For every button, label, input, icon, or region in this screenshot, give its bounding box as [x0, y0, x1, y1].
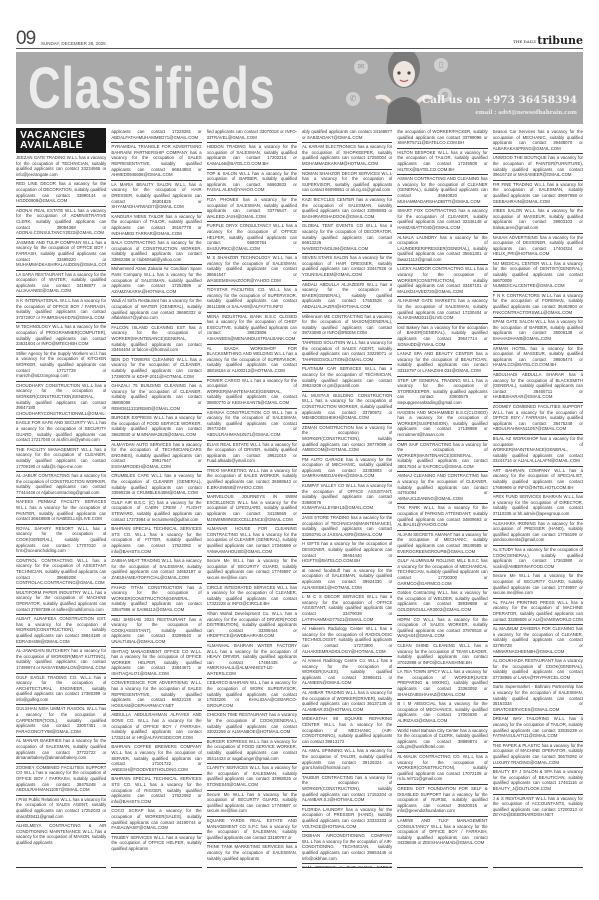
classified-ad: GULF ALUMINIUM ROLLING MILL B.S.C has a … — [397, 556, 487, 588]
classified-ad: ZOOMEY COMBINED FACILITIES SUPPORT W.L.L… — [493, 402, 583, 434]
classified-ad: LA SARA RESTAURANT has a vacancy for the… — [16, 270, 106, 296]
classified-ad: MARVELOUS JOURNEYS IN SWIM EXCELLENCE W.… — [207, 492, 297, 524]
classified-ad: SEVEN STARS SALON has a vacancy for the … — [302, 253, 392, 279]
phone-icon: ✆ — [346, 92, 360, 106]
classified-ad: fied applicants can contact 33070018 or … — [207, 128, 297, 142]
classified-ad: ZEMAN CONSTRUCTION has a vacancy for the… — [302, 423, 392, 455]
classified-ad: Secure Me W.L.L has a vacancy for the oc… — [493, 571, 583, 597]
classified-ad: CHICKEN TIME RESTAURANT has a vacancy fo… — [207, 710, 297, 736]
classified-ad: BAHRAIN COFFEE BREWERS COMPANY W.L.L has… — [111, 742, 201, 774]
classified-ad: DREAM WAY TAILORING W.L.L has a vacancy … — [493, 714, 583, 740]
classified-ad: AL AMBAR TRADING W.L.L has a vacancy for… — [302, 688, 392, 714]
classified-ad: GULSHAN NISA UMMAT RASOOL W.L.L has a va… — [16, 704, 106, 736]
classified-ad: FALCON ISLAND CLEANING EST has a vacancy… — [111, 323, 201, 355]
classified-ad: ALNALA LAUNDRY has a vacancy for the occ… — [397, 233, 487, 265]
classified-ad: NAFEES PENMAZ FACILITY SERVICES W.L.L ha… — [16, 497, 106, 523]
classified-ad: COCO SCRAP has a vacancy for the occupat… — [111, 806, 201, 832]
brand-name: tribune — [537, 34, 583, 47]
classified-ad: GULF EAGLE TRADING CO. W.L.L has a vacan… — [16, 673, 106, 705]
classified-ad: TRUBEY SERVICES W.L.L has a vacancy for … — [111, 833, 201, 854]
classified-ad: PM AUTO GARAGE has a vacancy for the occ… — [302, 455, 392, 481]
classified-ad: BALA CONTRACTING has a vacancy for the o… — [111, 238, 201, 264]
classified-ad: ALHELMEYA CONTRACTING & AIR CONDITIONING… — [16, 821, 106, 847]
classified-ad: KAZI BICYCLES CENTER has a vacancy for t… — [302, 195, 392, 221]
page-number: 09 — [16, 29, 35, 48]
classified-ad: ALMANHAL BAHRAIN WATER FACTORY W.L.L has… — [207, 641, 297, 679]
classified-ad: JEEZAN GATE TRADING W.L.L has a vacancy … — [16, 154, 106, 179]
classified-ad: JASMINE AND TULIP COMPANY W.L.L has a va… — [16, 238, 106, 270]
classified-ad: ABDALI ABDULLA ALJAZEERI W.L.L has a vac… — [302, 280, 392, 312]
classified-ad: LAMINE AND TLKF MANAGEMENT CONSULTANCY W… — [397, 816, 487, 848]
ads-list: the occupation of WORKER/PACKER, suitabl… — [397, 128, 487, 867]
classified-ad: the occupation of WORKER/PACKER, suitabl… — [397, 128, 487, 148]
classified-ad: SAM PRINTING & PUBLISHING SIMPLE COMMAND… — [302, 863, 392, 867]
classified-ad: HIDDON TRADING has a vacancy for the occ… — [207, 142, 297, 168]
classified-ad: SMART FOX CONTRACTING has a vacancy for … — [397, 206, 487, 232]
classified-ad: TIDYSTAR FACILITIES CO. W.L.L has a vaca… — [207, 285, 297, 311]
column-1: VACANCIES AVAILABLE JEEZAN GATE TRADING … — [16, 128, 106, 868]
classified-ad: ALMAYDAN AUTO SERVICES has a vacancy for… — [111, 440, 201, 472]
classified-ad: ALJAIN SECRETS AMANAT has a vacancy for … — [397, 530, 487, 556]
classifieds-banner: Classifieds ✉ ✆ ▯ ◍ Call us on +973 3645… — [16, 52, 583, 124]
classified-ad: CONTROL CONTRACTING W.L.L has a vacancy … — [16, 556, 106, 588]
classified-ad: FAHAD TITAN CONSTRUCTION has a vacancy f… — [111, 583, 201, 615]
classified-ad: AL-JAWADAIN BUTCHERY has a vacancy for t… — [16, 646, 106, 672]
classified-ad: POWER CARGO W.L.L has a vacancy for the … — [207, 376, 297, 408]
classified-ad: NU MEDICAL CENTER W.L.L has a vacancy fo… — [493, 259, 583, 291]
ads-list: applicants can contact 17228281 or ABDAL… — [111, 128, 201, 867]
classified-ad: UNWOOD THE BOUTIQUE has a vacancy for th… — [493, 153, 583, 179]
classified-ad: Al Ameen Radiology Centre Co. W.L.L has … — [302, 656, 392, 688]
classified-ad: BEN DO TOWERS CLEANING W.L.L has a vacan… — [111, 355, 201, 381]
classified-ad: CLARITY SERVICES W.L.L has a vacancy for… — [207, 763, 297, 789]
classified-ad: NOMAN SHAHZOR DECOR SERVICES W.L.L has a… — [302, 169, 392, 195]
classified-ad: NASAH ADVERTISING has a vacancy for the … — [493, 233, 583, 259]
classified-ad: FIZA PHONES has a vacancy for the occupa… — [207, 195, 297, 221]
classified-ad: PYRAMIDAL TRIANGLE FOR ADVERTISING BAHRA… — [111, 142, 201, 180]
classified-ad: LANAZ SPA AND BEAUTY CENTER has a vacanc… — [397, 349, 487, 375]
classified-ad: OMR SAIF CONTRACTING has a vacancy for t… — [397, 440, 487, 472]
classified-ad: TREXI MARKETING W.L.L has a vacancy for … — [207, 466, 297, 492]
classified-ad: ably qualified applicants can contact 34… — [302, 128, 392, 142]
classified-ad: CHOUDHARY CONSTRUCTION W.L.L has a vacan… — [16, 381, 106, 419]
brand-prefix: THE DAILY — [513, 39, 536, 44]
mail-icon: ✉ — [354, 60, 368, 74]
classified-ad: Golden Contracting W.L.L has a vacancy f… — [397, 588, 487, 614]
classified-ad: ZAIBHA MEAT TRADING W.L.L has a vacancy … — [111, 556, 201, 582]
classified-ad: VIBES SALON W.L.L has a vacancy for the … — [493, 206, 583, 232]
classified-ad: AL STUDY has a vacancy for the occupatio… — [493, 545, 583, 571]
classified-ad: AL MUSTAJI BUILDING CONSTRUCTION W.L.L h… — [302, 391, 392, 423]
classified-ad: ASHNAA CONSTRUCTION CO W.L.L has a vacan… — [207, 408, 297, 440]
classified-ad: lord Bakery has a vacancy for the occupa… — [397, 323, 487, 349]
ads-list: fied applicants can contact 33070018 or … — [207, 128, 297, 867]
classified-columns: VACANCIES AVAILABLE JEEZAN GATE TRADING … — [16, 128, 583, 868]
column-5: the occupation of WORKER/PACKER, suitabl… — [397, 128, 487, 868]
classified-ad: Al Hakeem Radiology Center W.L.L has a v… — [302, 624, 392, 656]
classified-ad: BAHRAIN SPECIAL TECHNICAL SERVICES STS C… — [111, 524, 201, 556]
classified-ad: Millennium ME CONTRACTING has a vacancy … — [302, 312, 392, 338]
classified-ad: TAHREED SOLUTION W.L.L has a vacancy for… — [302, 338, 392, 364]
classified-ad: Secure Me W.L.L has a vacancy for the oc… — [207, 790, 297, 816]
classified-ad: Season Car Services has a vacancy for th… — [493, 128, 583, 153]
classified-ad: ALHASHMI GATE MARKETS has a vacancy for … — [397, 296, 487, 322]
classified-ad: STEP UP GENERAL TRADING W.L.L has a vaca… — [397, 376, 487, 408]
classified-ad: ABDULHADI ABDULLA SHARAR has a vacancy f… — [493, 370, 583, 402]
classified-ad: AL AMAL SPINNING W.L.L has a vacancy for… — [302, 746, 392, 772]
classified-ad: BURGER EXPRESS W.L.L has a vacancy for t… — [111, 413, 201, 439]
classified-ad: M S SHAHZOR TECHNOLOGY W.L.L has a vacan… — [207, 253, 297, 285]
page-header: 09 SUNDAY, DECEMBER 28, 2025 THE DAILYtr… — [16, 28, 583, 49]
classified-ad: CIRCLE INTEGRATED SERVICES W.L.L has a v… — [207, 583, 297, 609]
classified-ad: GHAZALI 75 BUILDING CLEANING has a vacan… — [111, 381, 201, 413]
classified-ad: TAK PARK W.L.L has a vacancy for the occ… — [397, 503, 487, 529]
classified-ad: J & S RESTAURANT W.L.L has a vacancy for… — [493, 794, 583, 820]
classified-ad: Mohammed Azam Zakaria Air Condition Spar… — [111, 264, 201, 296]
classified-ad: ISHTIAQ MANAGEMENT OFFICE CO W.L.L has a… — [111, 647, 201, 679]
classified-ad: KUMPAT VALLEY CO W.L.L has a vacancy for… — [302, 481, 392, 513]
ads-list: Season Car Services has a vacancy for th… — [493, 128, 583, 867]
classified-ad: B I M ABSOCIAL has a vacancy for the occ… — [397, 699, 487, 725]
classified-ad: SQUARE YARDS REAL ESTATE AND MANAGEMENT … — [207, 816, 297, 842]
classified-ad: Secure Me W.L.L has a vacancy for the oc… — [207, 556, 297, 582]
classified-ad: BURGER EXPRESS W.L.L has a vacancy for t… — [207, 737, 297, 763]
classified-ad: TAUBUR CONTRACTING has a vacancy for the… — [302, 773, 392, 805]
classified-ad: AL-MALIK CONTRACTING CO. W.L.L has a vac… — [397, 752, 487, 784]
classified-ad: ALMANAR HOUSE FOR CLEANING CONTRACTING W… — [207, 524, 297, 556]
column-3: fied applicants can contact 33070018 or … — [207, 128, 297, 868]
mobile-icon: ▯ — [434, 58, 448, 72]
classified-ad: PURPLE ORYX CONSULTANCY W.L.L has a vaca… — [207, 221, 297, 253]
classified-ad: MULTIFORM PAPER INDUSTRY W.L.L has a vac… — [16, 588, 106, 614]
classified-ad: FIR FINE TRADING W.L.L has a vacancy for… — [493, 180, 583, 206]
classified-ad: GULF AIR B.S.C. (C) has a vacancy for th… — [111, 498, 201, 524]
classified-ad: TOP & SALON W.L.L has a vacancy for the … — [207, 169, 297, 195]
classified-ad: AMNAJ CLEANING AND CONTRACTING has a vac… — [397, 471, 487, 503]
banner-title: Classifieds — [28, 58, 275, 120]
classified-ad: H GIFTS has a vacancy for the occupation… — [302, 539, 392, 565]
classified-ad: MIDEASTAH 98 SQUARE REPAIRING CENTER W.L… — [302, 714, 392, 746]
classified-ad: JASS STORE TRADING has a vacancy for the… — [302, 513, 392, 539]
classified-ad: CRUMBLES CAFE W.L.L has a vacancy for th… — [111, 471, 201, 497]
classified-ad: ABU SHEHAB 2024 RESTAURANT has a vacancy… — [111, 615, 201, 647]
column-4: ably qualified applicants can contact 34… — [302, 128, 392, 868]
classified-ad: AL FALAH PRINTING PRESS W.L.L has a vaca… — [493, 598, 583, 624]
classified-ad: OKBHAN AIRCONDITIONING COMPANY W.L.L has… — [302, 831, 392, 863]
classified-ad: I Print Public Relations W.L.L has a vac… — [16, 795, 106, 821]
classified-ad: BEAUTY BY J SALON & SPA has a vacancy fo… — [493, 767, 583, 793]
classified-ad: Stiller Agency for the Supply Workers w.… — [16, 349, 106, 381]
classified-ad: FLORIDA LAUNDRY has a vacancy for the oc… — [302, 805, 392, 831]
classified-ad: M TECHNOLOGY W.L.L has a vacancy for the… — [16, 322, 106, 348]
classified-ad: Wadi Al Sa'fa Restaurant has a vacancy f… — [111, 296, 201, 322]
classified-ad: HDPM CO W.L.L has a vacancy for the occu… — [397, 615, 487, 641]
classified-ad: GLOBAL TENT EVENTS CO W.L.L has a vacanc… — [302, 221, 392, 253]
classified-ad: BAHRAIN SPECIAL TECHNICAL SERVICES STS C… — [111, 774, 201, 806]
classified-ad: THE FACILITY MANAGEMENT W.L.L has a vaca… — [16, 445, 106, 471]
classified-ad: THE PAPER & PLASTIC has a vacancy for th… — [493, 741, 583, 767]
classified-ad: AL MAJMUM ZAHEERA FOR CLEANING has a vac… — [493, 624, 583, 656]
classified-ad: BILAL AZ WORKSHOP has a vacancy for the … — [493, 434, 583, 466]
classified-ad: L M C S DECOR SERVICES W.L.L has a vacan… — [302, 592, 392, 624]
classified-ad: KANDURA MENS TAILOR has a vacancy for th… — [111, 212, 201, 238]
ads-list: JEEZAN GATE TRADING W.L.L has a vacancy … — [16, 154, 106, 867]
issue-date: SUNDAY, DECEMBER 28, 2025 — [41, 41, 106, 46]
classified-ad: CONVERGENCE FOR ADVERTISING W.L.L has a … — [111, 678, 201, 710]
column-2: applicants can contact 17228281 or ABDAL… — [111, 128, 201, 868]
classified-ad: RED LINE DECOR has a vacancy for the occ… — [16, 179, 106, 205]
classified-ad: LUCKY ALMDOR CONTRACTING W.L.L has a vac… — [397, 264, 487, 296]
classified-ad: AL-JABUR CONTRACTING has a vacancy for t… — [16, 471, 106, 497]
classified-ad: CEBARCO BAHRAIN W.L.L has a vacancy for … — [207, 678, 297, 710]
classified-ad: ABDULLA ABDULRAHMAN ALFAYES AND SONS CO.… — [111, 710, 201, 742]
classified-ad: HILTON BESPOKE W.L.L has a vacancy for t… — [397, 148, 487, 174]
classified-ad: S K INTERNATIONAL W.L.L has a vacancy fo… — [16, 296, 106, 322]
ads-list: ably qualified applicants can contact 34… — [302, 128, 392, 867]
classified-ad: GREEN DOT FOUNDATION FOR SELF & DISABLED… — [397, 784, 487, 816]
classified-ad: LA TEA TOWN SPICY W.L.L has a vacancy fo… — [397, 667, 487, 699]
classified-ad: ALSAHARA IRONING has a vacancy for the o… — [493, 519, 583, 545]
call-us-phone[interactable]: Call us on +973 36458394 — [422, 94, 577, 106]
classified-ad: AL MANAR BAKERIES has a vacancy for the … — [16, 736, 106, 762]
classified-ad: ARMAN HOTEL has a vacancy for the occupa… — [493, 344, 583, 370]
classified-ad: THINK TANK MARKETING SERVICES has a vaca… — [207, 842, 297, 863]
classified-ad: EAGLE FOR SAFE AND SECURITY W.L.L has a … — [16, 418, 106, 444]
classified-ad: ZOOMEY COMBINED FACILITIES SUPPORT CO W.… — [16, 763, 106, 795]
classified-ad: LA MARIA BEAUTY SALON W.L.L has a vacanc… — [111, 180, 201, 212]
classified-ad: PLATINUM CAR SERVICES W.L.L has a vacanc… — [302, 364, 392, 390]
classified-ad: al naeed foodstuff has a vacancy for the… — [302, 566, 392, 592]
classified-ad: F N K CONTRACTORS W.L.L has a vacancy fo… — [493, 291, 583, 317]
classified-ad: ADONAI REAL ESTATE W.L.L has a vacancy f… — [16, 206, 106, 238]
classified-ad: Garto Supermarket - Bahraini Partnership… — [493, 682, 583, 714]
support-agent-illustration — [374, 52, 434, 124]
advert-email[interactable]: email : advt@newsofbahrain.com — [475, 110, 577, 116]
classified-ad: World Hotel Bahrain City Center has a va… — [397, 726, 487, 752]
classified-ad: CLEAN SHINE CLEANING W.L.L has a vacancy… — [397, 641, 487, 667]
section-heading: VACANCIES AVAILABLE — [16, 128, 106, 153]
classified-ad: ROYAL SAFARY RESORT W.L.L has a vacancy … — [16, 524, 106, 556]
classified-ad: Alhan Wahid Development Co. W.L.L has a … — [207, 609, 297, 641]
classified-ad: ELIAS REAL ESTATE W.L.L has a vacancy fo… — [207, 440, 297, 466]
newspaper-logo: THE DAILYtribune — [513, 34, 583, 47]
classified-ad: AL SAADA WORKSHOP FOR BLACKSMITHING AND … — [207, 344, 297, 376]
classified-ad: HASSEN AND MOHAMMED B.S.C(CLOSED) has a … — [397, 408, 487, 440]
classified-ad: applicants can contact 17228281 or ABDAL… — [111, 128, 201, 142]
classified-ad: ASWAN CONTRACTING AND CLEANING has a vac… — [397, 174, 487, 206]
classified-ad: SPAM GATE SALON W.L.L has a vacancy for … — [493, 317, 583, 343]
classified-ad: ART BAHRAIN COMPANY W.L.L has a vacancy … — [493, 466, 583, 492]
classified-ad: AL DOUKHADA RESTAURANT has a vacancy for… — [493, 656, 583, 682]
classified-ad: MENA INDUSTRIAL BANK B.S.C CLOSED has a … — [207, 312, 297, 344]
classified-ad: AL KARAM ELECTRONICS has a vacancy for t… — [302, 142, 392, 168]
classified-ad: APEX FUND SERVICES BAHRAIN W.L.L has a v… — [493, 492, 583, 518]
column-6: Season Car Services has a vacancy for th… — [493, 128, 583, 868]
classified-ad: ALBAIT ALRAFEEA CONSTRUCTION EST. has a … — [16, 614, 106, 646]
